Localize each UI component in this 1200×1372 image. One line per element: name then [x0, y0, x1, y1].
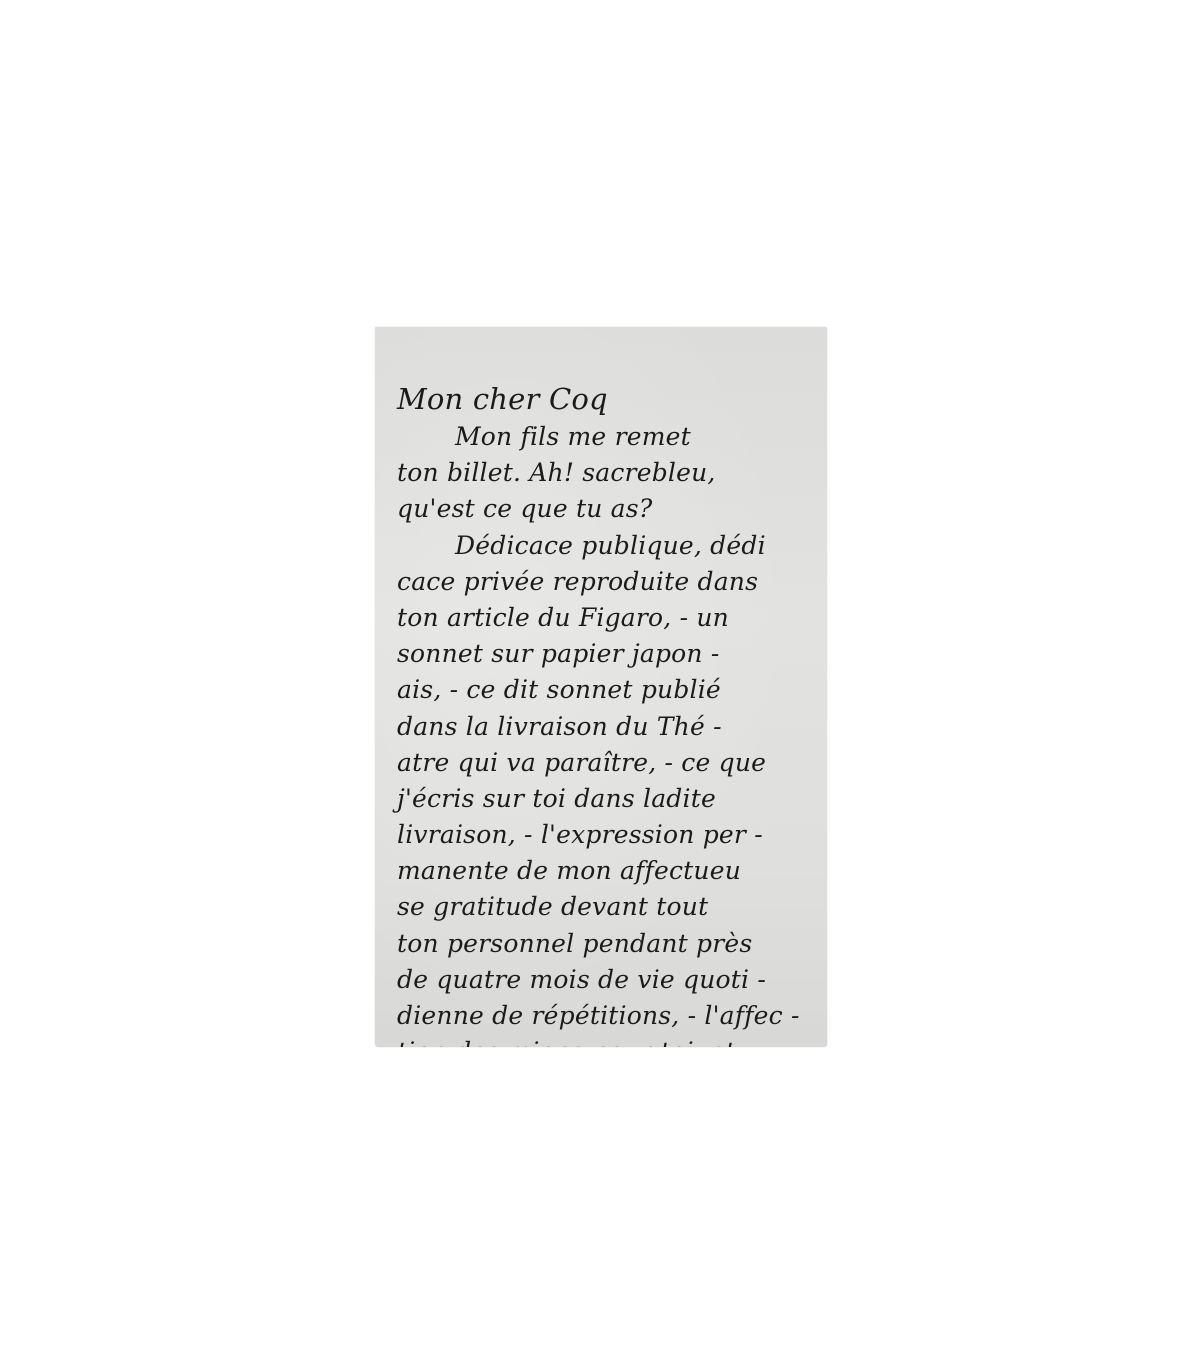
letter-line-7: sonnet sur papier japon -: [397, 636, 813, 672]
letter-line-6: ton article du Figaro, - un: [397, 600, 813, 636]
letter-line-16: de quatre mois de vie quoti -: [397, 962, 813, 998]
letter-line-17: dienne de répétitions, - l'affec -: [397, 998, 813, 1034]
letter-line-4: Dédicace publique, dédi: [397, 528, 813, 564]
letter-line-10: atre qui va paraître, - ce que: [397, 745, 813, 781]
handwritten-letter-body: Mon cher Coq Mon fils me remet ton bille…: [397, 379, 813, 1047]
letter-line-15: ton personnel pendant près: [397, 926, 813, 962]
letter-line-18: tion des miens pour toi, et: [397, 1034, 813, 1047]
letter-line-5: cace privée reproduite dans: [397, 564, 813, 600]
letter-line-11: j'écris sur toi dans ladite: [397, 781, 813, 817]
letter-page: Mon cher Coq Mon fils me remet ton bille…: [375, 327, 827, 1047]
letter-line-14: se gratitude devant tout: [397, 889, 813, 925]
letter-salutation: Mon cher Coq: [397, 379, 813, 419]
letter-line-13: manente de mon affectueu: [397, 853, 813, 889]
letter-line-1: Mon fils me remet: [397, 419, 813, 455]
letter-line-2: ton billet. Ah! sacrebleu,: [397, 455, 813, 491]
letter-line-8: ais, - ce dit sonnet publié: [397, 672, 813, 708]
letter-line-3: qu'est ce que tu as?: [397, 491, 813, 527]
letter-line-9: dans la livraison du Thé -: [397, 709, 813, 745]
letter-line-12: livraison, - l'expression per -: [397, 817, 813, 853]
